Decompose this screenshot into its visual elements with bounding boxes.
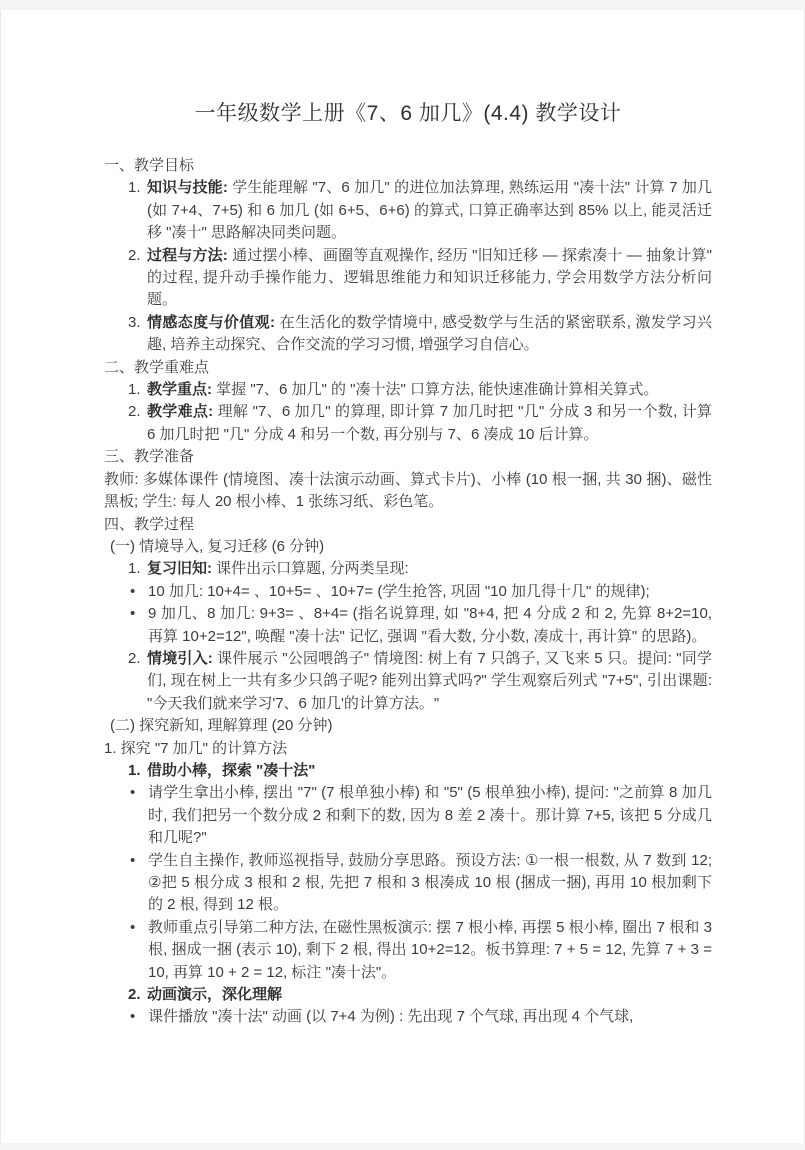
bold-run: 教学重点: [147, 381, 216, 398]
paragraph: 教师: 多媒体课件 (情境图、凑十法演示动画、算式卡片)、小棒 (10 根一捆,… [104, 469, 712, 514]
text-run: 学生自主操作, 教师巡视指导, 鼓励分享思路。预设方法: ①一根一根数, 从 7… [148, 852, 712, 914]
section-heading: 二、教学重难点 [104, 357, 712, 379]
bold-run: 情境引入: [147, 650, 217, 667]
list-number: 3. [128, 312, 141, 334]
numbered-item: 2.教学难点: 理解 "7、6 加几" 的算理, 即计算 7 加几时把 "几" … [104, 401, 712, 446]
text-run: 课件播放 "凑十法" 动画 (以 7+4 为例) : 先出现 7 个气球, 再出… [148, 1008, 633, 1025]
bullet-item: •学生自主操作, 教师巡视指导, 鼓励分享思路。预设方法: ①一根一根数, 从 … [104, 850, 712, 917]
numbered-item: 3.情感态度与价值观: 在生活化的数学情境中, 感受数学与生活的紧密联系, 激发… [104, 312, 712, 357]
bullet-item: •9 加几、8 加几: 9+3= 、8+4= (指名说算理, 如 "8+4, 把… [104, 603, 712, 648]
list-number: 2. [128, 648, 141, 670]
list-number: 1. [128, 558, 141, 580]
text-run: 教师: 多媒体课件 (情境图、凑十法演示动画、算式卡片)、小棒 (10 根一捆,… [104, 471, 712, 510]
text-run: 二、教学重难点 [104, 359, 209, 376]
text-run: 10 加几: 10+4= 、10+5= 、10+7= (学生抢答, 巩固 "10… [148, 583, 650, 600]
text-run: 一、教学目标 [104, 157, 194, 174]
bullet-marker: • [130, 850, 135, 872]
subsection-heading: (一) 情境导入, 复习迁移 (6 分钟) [104, 536, 712, 558]
bold-run: 借助小棒，探索 "凑十法" [147, 762, 315, 779]
bullet-item: •课件播放 "凑十法" 动画 (以 7+4 为例) : 先出现 7 个气球, 再… [104, 1006, 712, 1028]
bold-run: 复习旧知: [147, 560, 216, 577]
list-number: 1. [128, 379, 141, 401]
text-run: 请学生拿出小棒, 摆出 "7" (7 根单独小棒) 和 "5" (5 根单独小棒… [148, 784, 712, 846]
bold-run: 教学难点: [147, 403, 218, 420]
document-content: 一年级数学上册《7、6 加几》(4.4) 教学设计 一、教学目标1.知识与技能:… [1, 10, 804, 1029]
list-number: 1. [128, 760, 141, 782]
bold-run: 知识与技能: [147, 179, 232, 196]
bullet-marker: • [130, 581, 135, 603]
section-heading: 四、教学过程 [104, 514, 712, 536]
text-run: 教师重点引导第二种方法, 在磁性黑板演示: 摆 7 根小棒, 再摆 5 根小棒,… [148, 919, 712, 981]
numbered-item: 2.情境引入: 课件展示 "公园喂鸽子" 情境图: 树上有 7 只鸽子, 又飞来… [104, 648, 712, 715]
document-title: 一年级数学上册《7、6 加几》(4.4) 教学设计 [104, 99, 712, 129]
numbered-item: 1.复习旧知: 课件出示口算题, 分两类呈现: [104, 558, 712, 580]
bullet-marker: • [130, 603, 135, 625]
bullet-marker: • [130, 1006, 135, 1028]
text-run: 三、教学准备 [104, 448, 194, 465]
list-number: 1. [128, 177, 141, 199]
bold-run: 过程与方法: [147, 247, 232, 264]
list-number: 2. [128, 401, 141, 423]
section-heading: 一、教学目标 [104, 155, 712, 177]
numbered-item-bold: 2.动画演示，深化理解 [104, 984, 712, 1006]
numbered-item: 2.过程与方法: 通过摆小棒、画圈等直观操作, 经历 "旧知迁移 — 探索凑十 … [104, 245, 712, 312]
numbered-item: 1.知识与技能: 学生能理解 "7、6 加几" 的进位加法算理, 熟练运用 "凑… [104, 177, 712, 244]
list-number: 2. [128, 984, 141, 1006]
page: 一年级数学上册《7、6 加几》(4.4) 教学设计 一、教学目标1.知识与技能:… [0, 10, 805, 1143]
subsection-heading: (二) 探究新知, 理解算理 (20 分钟) [104, 715, 712, 737]
text-run: 理解 "7、6 加几" 的算理, 即计算 7 加几时把 "几" 分成 3 和另一… [147, 403, 712, 442]
text-run: 课件展示 "公园喂鸽子" 情境图: 树上有 7 只鸽子, 又飞来 5 只。提问:… [147, 650, 712, 712]
text-run: 掌握 "7、6 加几" 的 "凑十法" 口算方法, 能快速准确计算相关算式。 [216, 381, 658, 398]
bold-run: 情感态度与价值观: [147, 314, 280, 331]
text-run: 通过摆小棒、画圈等直观操作, 经历 "旧知迁移 — 探索凑十 — 抽象计算" 的… [147, 247, 712, 309]
bullet-item: •教师重点引导第二种方法, 在磁性黑板演示: 摆 7 根小棒, 再摆 5 根小棒… [104, 917, 712, 984]
numbered-item: 1.教学重点: 掌握 "7、6 加几" 的 "凑十法" 口算方法, 能快速准确计… [104, 379, 712, 401]
list-number: 2. [128, 245, 141, 267]
paragraph: 1. 探究 "7 加几" 的计算方法 [104, 738, 712, 760]
text-run: (一) 情境导入, 复习迁移 (6 分钟) [110, 538, 324, 555]
text-run: 四、教学过程 [104, 516, 194, 533]
bullet-item: •请学生拿出小棒, 摆出 "7" (7 根单独小棒) 和 "5" (5 根单独小… [104, 782, 712, 849]
bullet-item: •10 加几: 10+4= 、10+5= 、10+7= (学生抢答, 巩固 "1… [104, 581, 712, 603]
section-heading: 三、教学准备 [104, 446, 712, 468]
text-run: 9 加几、8 加几: 9+3= 、8+4= (指名说算理, 如 "8+4, 把 … [148, 605, 712, 644]
text-run: (二) 探究新知, 理解算理 (20 分钟) [110, 717, 333, 734]
text-run: 学生能理解 "7、6 加几" 的进位加法算理, 熟练运用 "凑十法" 计算 7 … [147, 179, 712, 241]
bold-run: 动画演示，深化理解 [147, 986, 282, 1003]
text-run: 课件出示口算题, 分两类呈现: [216, 560, 409, 577]
bullet-marker: • [130, 917, 135, 939]
bullet-marker: • [130, 782, 135, 804]
text-run: 1. 探究 "7 加几" 的计算方法 [104, 740, 287, 757]
numbered-item-bold: 1.借助小棒，探索 "凑十法" [104, 760, 712, 782]
document-body: 一、教学目标1.知识与技能: 学生能理解 "7、6 加几" 的进位加法算理, 熟… [104, 155, 712, 1029]
